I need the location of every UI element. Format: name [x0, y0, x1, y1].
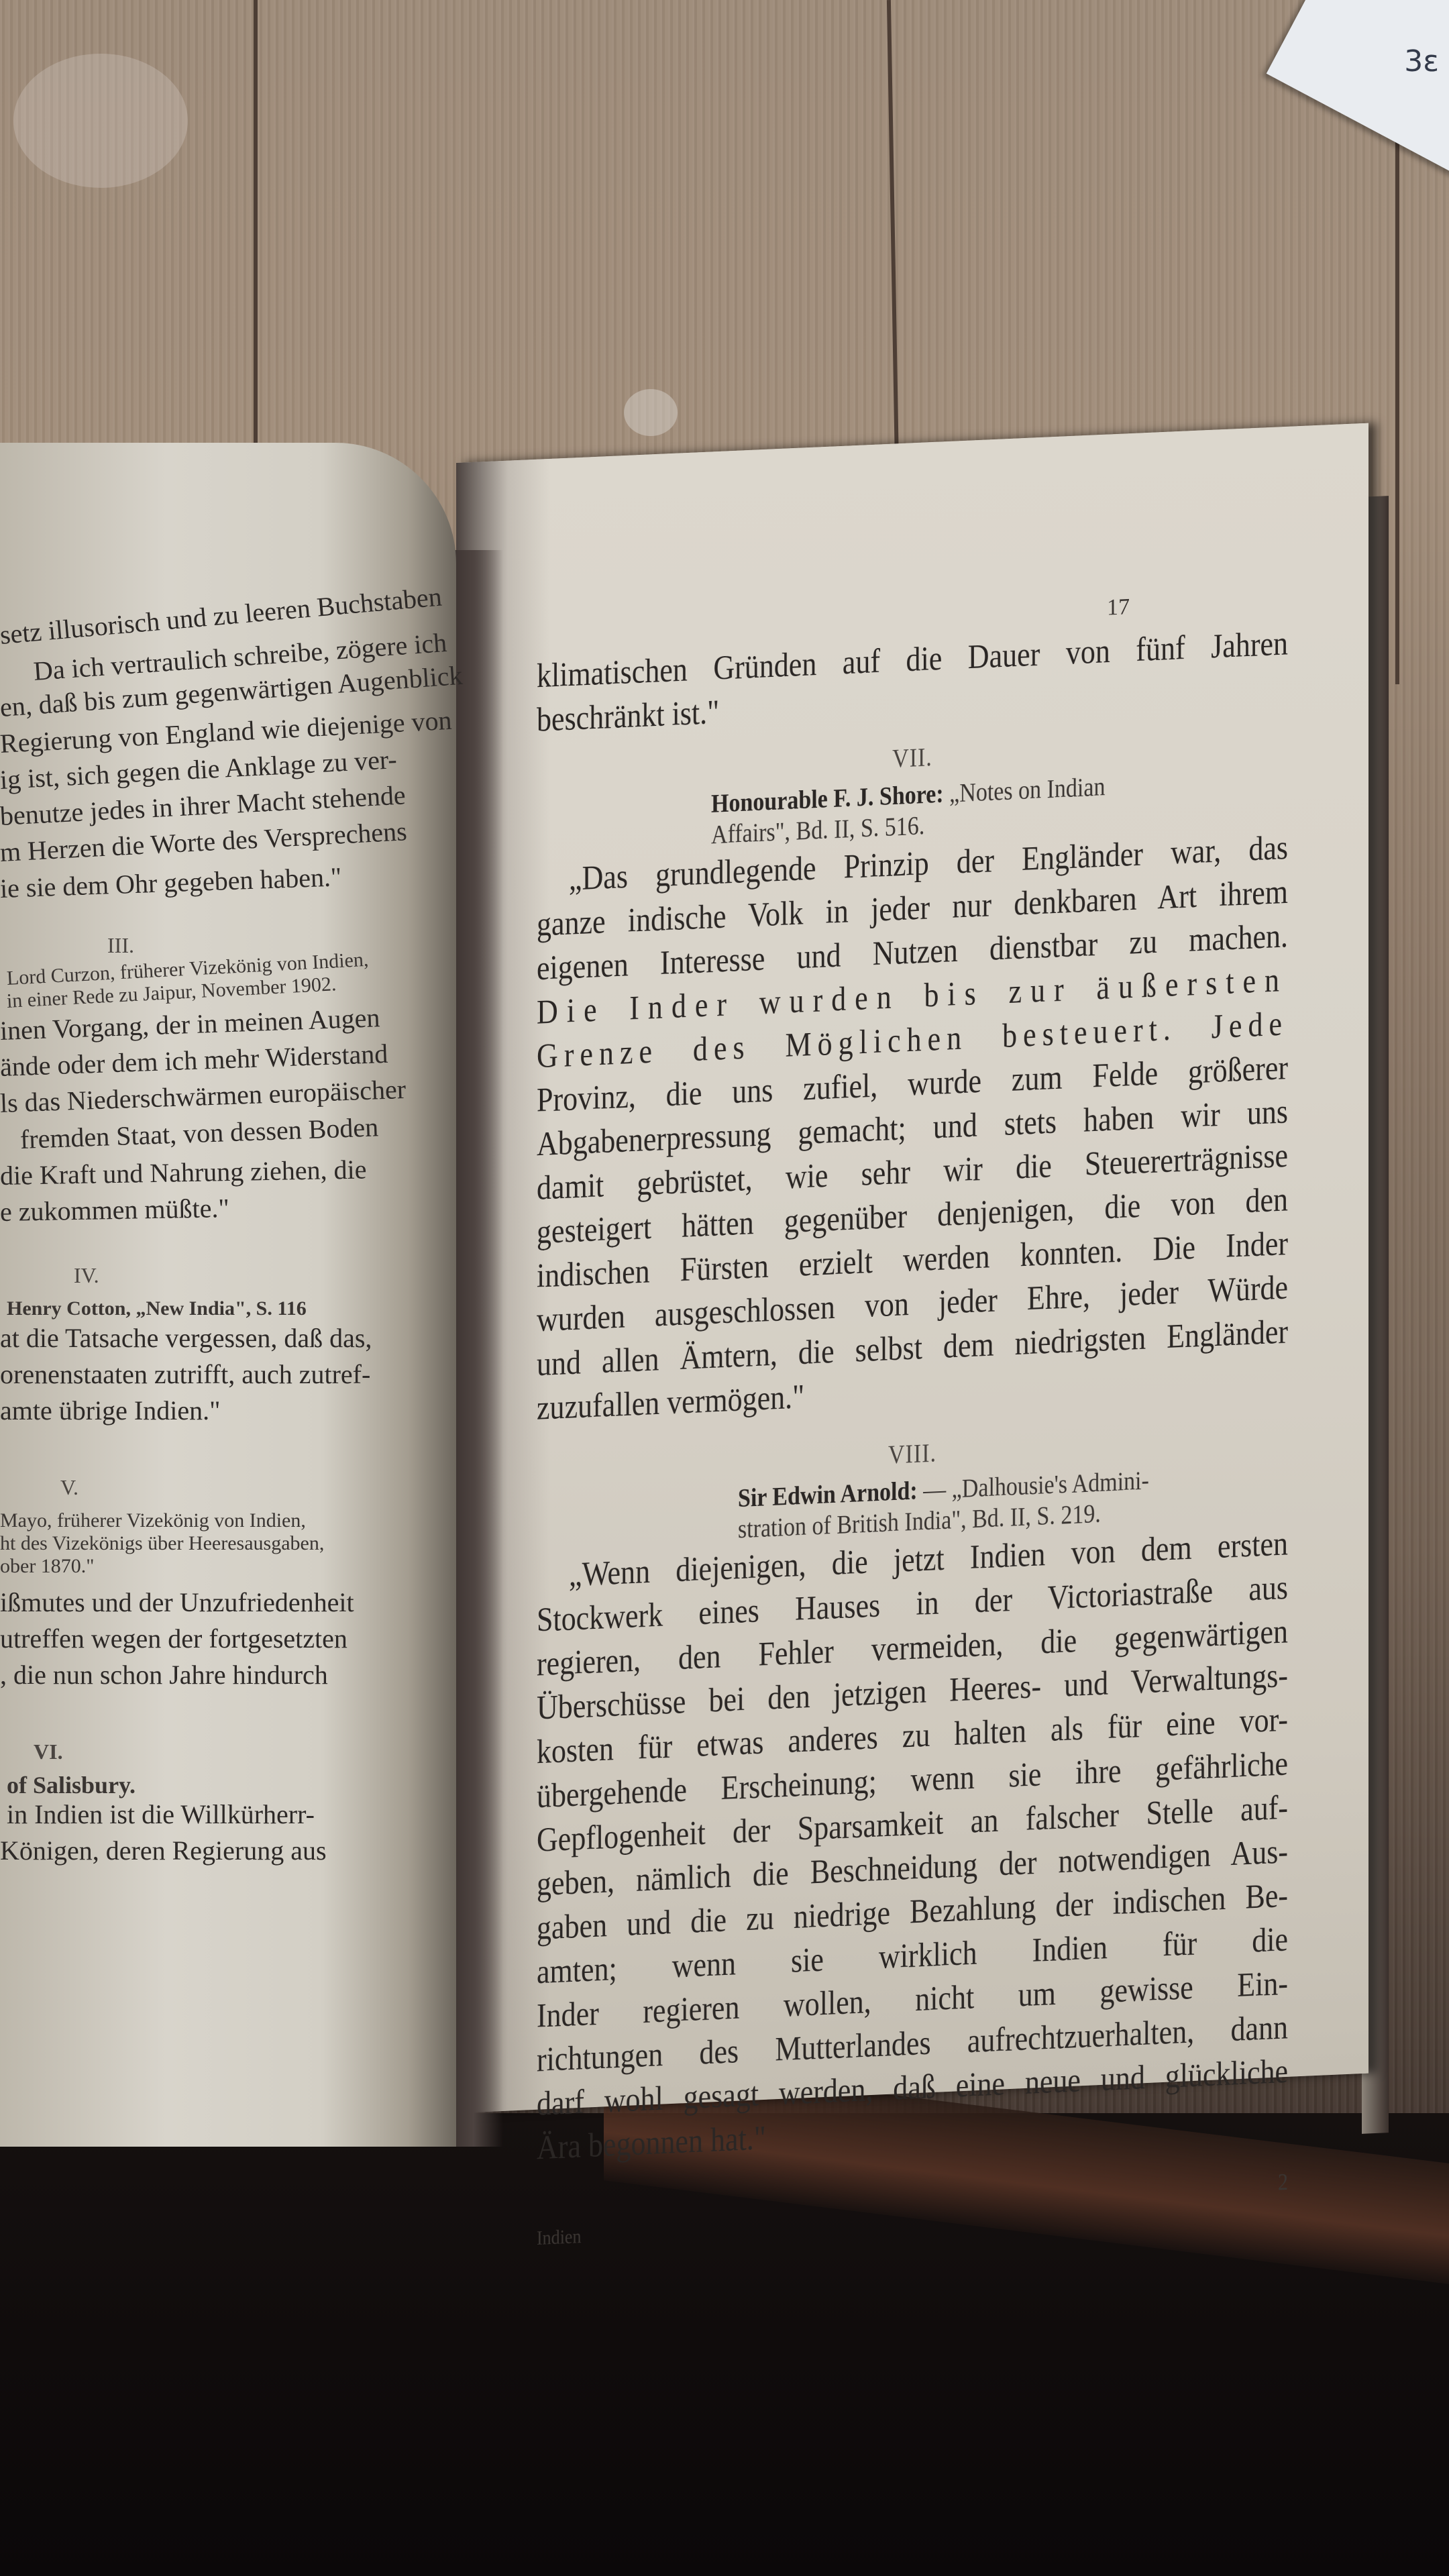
- wood-stain: [13, 54, 188, 188]
- plank-gap: [887, 0, 899, 470]
- photo-scene: 3ε 17 klimatischen Gründen auf die Dauer…: [0, 0, 1449, 2576]
- section-numeral: IV.: [74, 1257, 416, 1293]
- citation-title: „Notes on Indian: [949, 773, 1105, 808]
- left-page-text: setz illusorisch und zu leeren Buchstabe…: [0, 617, 416, 1869]
- citation-line: ober 1870.": [0, 1555, 416, 1578]
- plank-gap: [1395, 80, 1399, 684]
- section-numeral: V.: [60, 1469, 416, 1505]
- citation-line: ht des Vizekönigs über Heeresausgaben,: [0, 1532, 416, 1555]
- footer-signature: Indien: [537, 2214, 581, 2260]
- left-page: setz illusorisch und zu leeren Buchstabe…: [0, 443, 456, 2147]
- citation-line: Henry Cotton, „New India", S. 116: [7, 1297, 416, 1320]
- wood-stain: [624, 389, 678, 436]
- text-line: Königen, deren Regierung aus: [0, 1833, 416, 1869]
- text-line: in Indien ist die Willkürherr-: [7, 1796, 416, 1833]
- signature-number: 2: [1278, 2160, 1288, 2204]
- text-line: utreffen wegen der fortgesetzten: [0, 1621, 416, 1657]
- section-numeral: VI.: [34, 1733, 416, 1770]
- text-line: amte übrige Indien.": [0, 1393, 416, 1429]
- text-line: ißmutes und der Unzufriedenheit: [0, 1585, 416, 1621]
- right-page-text: klimatischen Gründen auf die Dauer von f…: [537, 621, 1288, 2224]
- page-number: 17: [1107, 594, 1130, 621]
- text-line: e zukommen müßte.": [0, 1187, 416, 1230]
- paper-stack-label: 3ε: [1404, 44, 1439, 78]
- text-line: at die Tatsache vergessen, daß das,: [0, 1320, 416, 1356]
- right-page: 17 klimatischen Gründen auf die Dauer vo…: [456, 423, 1368, 2113]
- text-line: , die nun schon Jahre hindurch: [0, 1657, 416, 1693]
- citation-author: Sir Edwin Arnold:: [738, 1477, 918, 1513]
- citation-line: Mayo, früherer Vizekönig von Indien,: [0, 1509, 416, 1532]
- citation-line: of Salisbury.: [7, 1774, 416, 1796]
- text-line: orenenstaaten zutrifft, auch zutref-: [0, 1356, 416, 1393]
